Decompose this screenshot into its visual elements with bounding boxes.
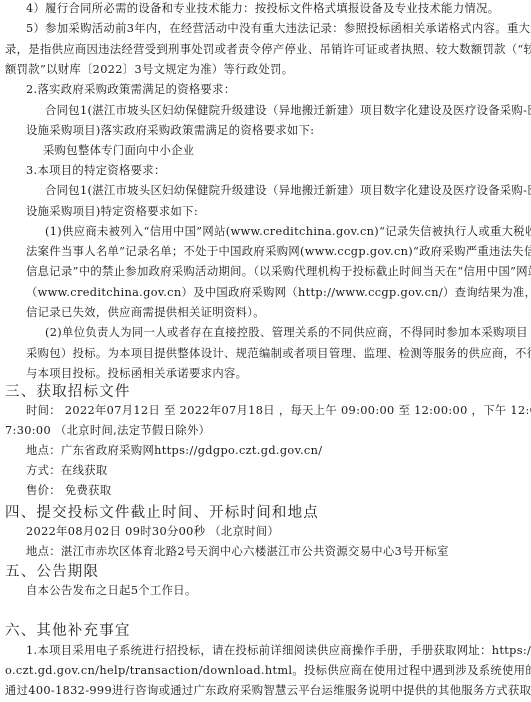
body-text-line: 售价： 免费获取: [26, 484, 111, 498]
body-text-line: 设施采购项目)特定资格要求如下:: [26, 205, 198, 219]
body-text-line: （www.creditchina.gov.cn）及中国政府采购网（http://…: [26, 286, 531, 300]
body-text-line: 信记录已失效，供应商需提供相关证明资料）。: [26, 306, 265, 320]
body-text-line: 设施采购项目)落实政府采购政策需满足的资格要求如下:: [26, 124, 314, 138]
body-text-line: 2022年08月02日 09时30分00秒 （北京时间）: [26, 525, 279, 539]
body-text-line: 额罚款”以财库〔2022〕3号文规定为准）等行政处罚。: [5, 63, 293, 77]
section-heading: 六、其他补充事宜: [5, 622, 131, 640]
body-text-line: 地点：广东省政府采购网https://gdgpo.czt.gd.gov.cn/: [26, 444, 322, 458]
section-heading: 三、获取招标文件: [5, 383, 131, 401]
body-text-line: 采购包）投标。为本项目提供整体设计、规范编制或者项目管理、监理、检测等服务的供应…: [26, 347, 531, 361]
body-text-line: 3.本项目的特定资格要求：: [26, 164, 166, 178]
section-heading: 四、提交投标文件截止时间、开标时间和地点: [5, 504, 319, 522]
body-text-line: 与本项目投标。投标函相关承诺要求内容。: [26, 367, 247, 381]
body-text-line: 4）履行合同所必需的设备和专业技术能力：按投标文件格式填报设备及专业技术能力情况…: [26, 2, 499, 16]
body-text-line: 5）参加采购活动前3年内，在经营活动中没有重大违法记录：参照投标函相关承诺格式内…: [26, 22, 531, 36]
body-text-line: o.czt.gd.gov.cn/help/transaction/downloa…: [5, 664, 531, 678]
body-text-line: 通过400-1832-999进行咨询或通过广东政府采购智慧云平台运维服务说明中提…: [5, 684, 531, 698]
body-text-line: (1)供应商未被列入“信用中国”网站(www.creditchina.gov.c…: [45, 225, 531, 239]
body-text-line: 7:30:00 （北京时间,法定节假日除外）: [5, 424, 210, 438]
body-text-line: 1.本项目采用电子系统进行招投标，请在投标前详细阅读供应商操作手册，手册获取网址…: [26, 644, 531, 658]
body-text-line: 方式：在线获取: [26, 464, 108, 478]
section-heading: 五、公告期限: [5, 563, 99, 581]
body-text-line: 地点：湛江市赤坎区体育北路2号天润中心六楼湛江市公共资源交易中心3号开标室: [26, 545, 449, 559]
body-text-line: 合同包1(湛江市坡头区妇幼保健院升级建设（异地搬迁新建）项目数字化建设及医疗设备…: [45, 104, 531, 118]
body-text-line: (2)单位负责人为同一人或者存在直接控股、管理关系的不同供应商，不得同时参加本采…: [45, 326, 531, 340]
body-text-line: 录，是指供应商因违法经营受到刑事处罚或者责令停产停业、吊销许可证或者执照、较大数…: [5, 43, 531, 57]
body-text-line: 法案件当事人名单”记录名单；不处于中国政府采购网(www.ccgp.gov.cn…: [26, 245, 531, 259]
body-text-line: 自本公告发布之日起5个工作日。: [26, 584, 197, 598]
body-text-line: 2.落实政府采购政策需满足的资格要求：: [26, 83, 235, 97]
body-text-line: 合同包1(湛江市坡头区妇幼保健院升级建设（异地搬迁新建）项目数字化建设及医疗设备…: [45, 184, 531, 198]
body-text-line: 时间： 2022年07月12日 至 2022年07月18日 ，每天上午 09:0…: [26, 404, 531, 418]
body-text-line: 采购包整体专门面向中小企业: [43, 144, 194, 158]
body-text-line: 信息记录”中的禁止参加政府采购活动期间。（以采购代理机构于投标截止时间当天在“信…: [26, 265, 531, 279]
